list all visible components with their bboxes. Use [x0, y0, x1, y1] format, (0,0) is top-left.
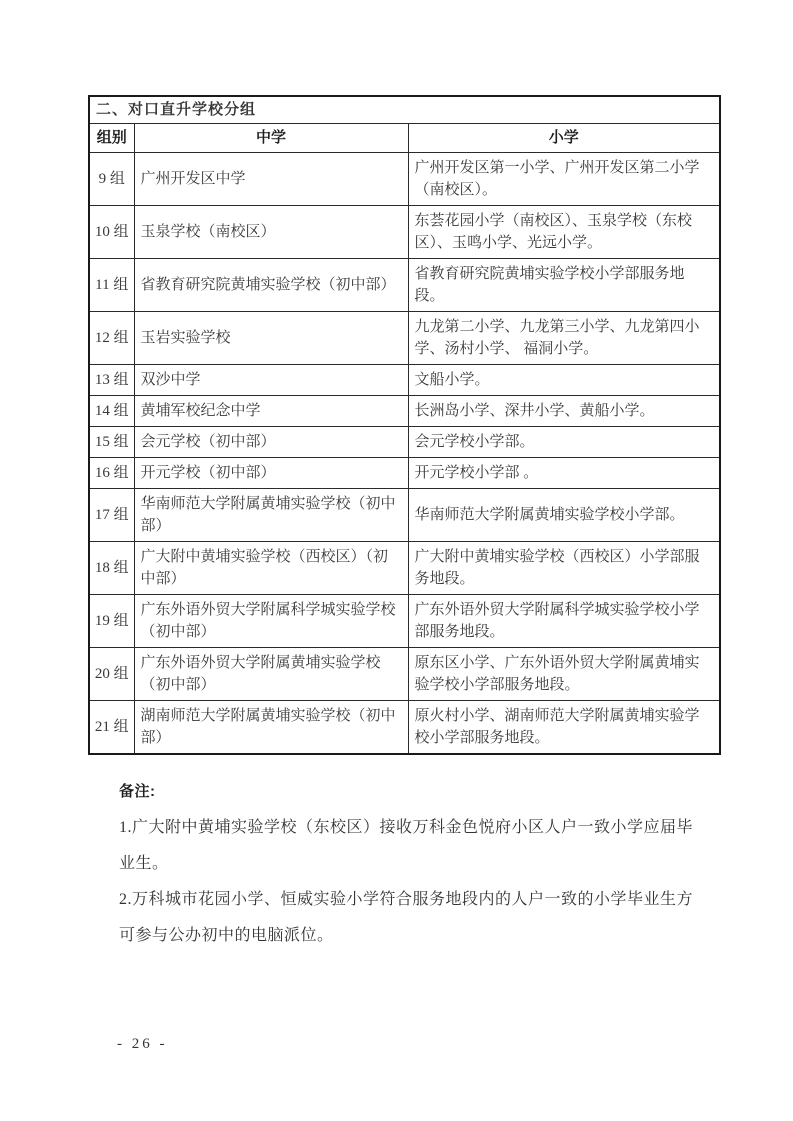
- primary-school-cell: 省教育研究院黄埔实验学校小学部服务地段。: [408, 259, 720, 312]
- table-row: 12 组玉岩实验学校九龙第二小学、九龙第三小学、九龙第四小学、汤村小学、 福洞小…: [89, 312, 720, 365]
- primary-school-cell: 九龙第二小学、九龙第三小学、九龙第四小学、汤村小学、 福洞小学。: [408, 312, 720, 365]
- school-group-table: 二、对口直升学校分组 组别 中学 小学 9 组广州开发区中学广州开发区第一小学、…: [88, 95, 721, 755]
- group-cell: 17 组: [89, 489, 134, 542]
- primary-school-cell: 会元学校小学部。: [408, 427, 720, 458]
- middle-school-cell: 省教育研究院黄埔实验学校（初中部）: [134, 259, 408, 312]
- table-row: 16 组开元学校（初中部）开元学校小学部 。: [89, 458, 720, 489]
- document-page: 二、对口直升学校分组 组别 中学 小学 9 组广州开发区中学广州开发区第一小学、…: [0, 0, 793, 1121]
- primary-school-cell: 广州开发区第一小学、广州开发区第二小学（南校区）。: [408, 153, 720, 206]
- middle-school-cell: 开元学校（初中部）: [134, 458, 408, 489]
- notes-section: 备注: 1.广大附中黄埔实验学校（东校区）接收万科金色悦府小区人户一致小学应届毕…: [119, 774, 693, 954]
- group-cell: 19 组: [89, 595, 134, 648]
- table-row: 10 组玉泉学校（南校区）东荟花园小学（南校区）、玉泉学校（东校区）、玉鸣小学、…: [89, 206, 720, 259]
- note-item-1: 1.广大附中黄埔实验学校（东校区）接收万科金色悦府小区人户一致小学应届毕业生。: [119, 810, 693, 882]
- middle-school-cell: 黄埔军校纪念中学: [134, 396, 408, 427]
- primary-school-cell: 原东区小学、广东外语外贸大学附属黄埔实验学校小学部服务地段。: [408, 648, 720, 701]
- primary-school-cell: 东荟花园小学（南校区）、玉泉学校（东校区）、玉鸣小学、光远小学。: [408, 206, 720, 259]
- middle-school-cell: 华南师范大学附属黄埔实验学校（初中部）: [134, 489, 408, 542]
- table-row: 19 组广东外语外贸大学附属科学城实验学校（初中部）广东外语外贸大学附属科学城实…: [89, 595, 720, 648]
- primary-school-cell: 文船小学。: [408, 365, 720, 396]
- group-cell: 13 组: [89, 365, 134, 396]
- group-cell: 12 组: [89, 312, 134, 365]
- primary-school-cell: 华南师范大学附属黄埔实验学校小学部。: [408, 489, 720, 542]
- group-cell: 11 组: [89, 259, 134, 312]
- table-body: 9 组广州开发区中学广州开发区第一小学、广州开发区第二小学（南校区）。10 组玉…: [89, 153, 720, 755]
- middle-school-cell: 湖南师范大学附属黄埔实验学校（初中部）: [134, 701, 408, 755]
- table-row: 14 组黄埔军校纪念中学长洲岛小学、深井小学、黄船小学。: [89, 396, 720, 427]
- table-row: 20 组广东外语外贸大学附属黄埔实验学校（初中部）原东区小学、广东外语外贸大学附…: [89, 648, 720, 701]
- group-cell: 15 组: [89, 427, 134, 458]
- group-cell: 18 组: [89, 542, 134, 595]
- middle-school-cell: 广东外语外贸大学附属黄埔实验学校（初中部）: [134, 648, 408, 701]
- notes-label: 备注:: [119, 774, 693, 810]
- column-header-group: 组别: [89, 124, 134, 153]
- group-cell: 20 组: [89, 648, 134, 701]
- middle-school-cell: 广州开发区中学: [134, 153, 408, 206]
- primary-school-cell: 开元学校小学部 。: [408, 458, 720, 489]
- middle-school-cell: 玉岩实验学校: [134, 312, 408, 365]
- middle-school-cell: 广大附中黄埔实验学校（西校区）（初中部）: [134, 542, 408, 595]
- note-item-2: 2.万科城市花园小学、恒威实验小学符合服务地段内的人户一致的小学毕业生方可参与公…: [119, 882, 693, 954]
- middle-school-cell: 玉泉学校（南校区）: [134, 206, 408, 259]
- table-row: 13 组双沙中学文船小学。: [89, 365, 720, 396]
- primary-school-cell: 广东外语外贸大学附属科学城实验学校小学部服务地段。: [408, 595, 720, 648]
- primary-school-cell: 长洲岛小学、深井小学、黄船小学。: [408, 396, 720, 427]
- primary-school-cell: 广大附中黄埔实验学校（西校区）小学部服务地段。: [408, 542, 720, 595]
- middle-school-cell: 广东外语外贸大学附属科学城实验学校（初中部）: [134, 595, 408, 648]
- document-body: 二、对口直升学校分组 组别 中学 小学 9 组广州开发区中学广州开发区第一小学、…: [88, 95, 719, 954]
- section-title: 二、对口直升学校分组: [89, 96, 720, 124]
- table-row: 18 组广大附中黄埔实验学校（西校区）（初中部）广大附中黄埔实验学校（西校区）小…: [89, 542, 720, 595]
- group-cell: 21 组: [89, 701, 134, 755]
- group-cell: 10 组: [89, 206, 134, 259]
- table-row: 11 组省教育研究院黄埔实验学校（初中部）省教育研究院黄埔实验学校小学部服务地段…: [89, 259, 720, 312]
- group-cell: 16 组: [89, 458, 134, 489]
- table-title-row: 二、对口直升学校分组: [89, 96, 720, 124]
- table-row: 9 组广州开发区中学广州开发区第一小学、广州开发区第二小学（南校区）。: [89, 153, 720, 206]
- column-header-primary-school: 小学: [408, 124, 720, 153]
- middle-school-cell: 双沙中学: [134, 365, 408, 396]
- primary-school-cell: 原火村小学、湖南师范大学附属黄埔实验学校小学部服务地段。: [408, 701, 720, 755]
- group-cell: 14 组: [89, 396, 134, 427]
- table-row: 15 组会元学校（初中部）会元学校小学部。: [89, 427, 720, 458]
- table-row: 17 组华南师范大学附属黄埔实验学校（初中部）华南师范大学附属黄埔实验学校小学部…: [89, 489, 720, 542]
- group-cell: 9 组: [89, 153, 134, 206]
- column-header-middle-school: 中学: [134, 124, 408, 153]
- page-number: - 26 -: [117, 1036, 168, 1053]
- table-header-row: 组别 中学 小学: [89, 124, 720, 153]
- middle-school-cell: 会元学校（初中部）: [134, 427, 408, 458]
- table-row: 21 组湖南师范大学附属黄埔实验学校（初中部）原火村小学、湖南师范大学附属黄埔实…: [89, 701, 720, 755]
